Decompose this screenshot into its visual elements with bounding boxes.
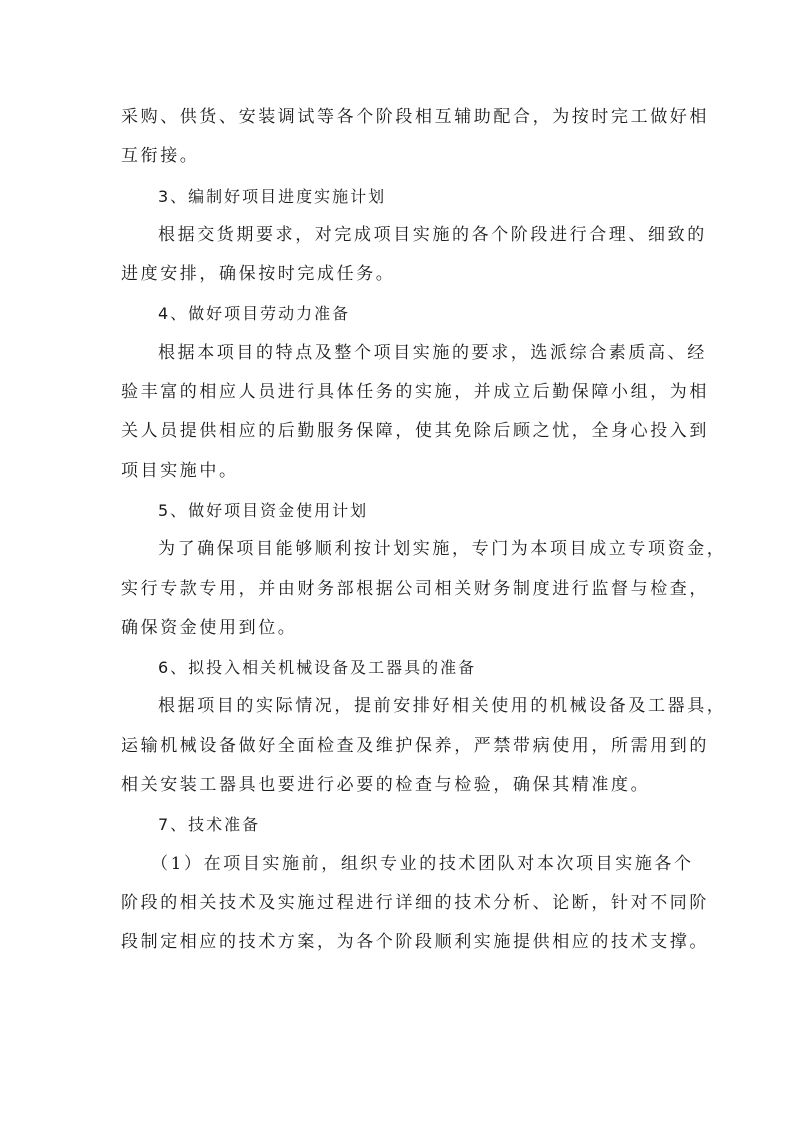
paragraph-line: 根据项目的实际情况，提前安排好相关使用的机械设备及工器具， [121, 687, 681, 726]
paragraph-line: 相关安装工器具也要进行必要的检查与检验，确保其精准度。 [121, 766, 681, 805]
paragraph-line: 根据交货期要求，对完成项目实施的各个阶段进行合理、细致的 [121, 216, 681, 255]
paragraph-line: 根据本项目的特点及整个项目实施的要求，选派综合素质高、经 [121, 334, 681, 373]
paragraph-line: 关人员提供相应的后勤服务保障，使其免除后顾之忧，全身心投入到 [121, 412, 681, 451]
paragraph-line: 项目实施中。 [121, 452, 681, 491]
section-heading-3: 3、编制好项目进度实施计划 [121, 177, 681, 216]
paragraph-line: （1）在项目实施前，组织专业的技术团队对本次项目实施各个 [121, 845, 681, 884]
text-line: 采购、供货、安装调试等各个阶段相互辅助配合，为按时完工做好相 [121, 98, 681, 137]
paragraph-line: 进度安排，确保按时完成任务。 [121, 255, 681, 294]
paragraph-line: 运输机械设备做好全面检查及维护保养，严禁带病使用，所需用到的 [121, 727, 681, 766]
paragraph-line: 确保资金使用到位。 [121, 609, 681, 648]
text-line: 互衔接。 [121, 137, 681, 176]
paragraph-line: 为了确保项目能够顺利按计划实施，专门为本项目成立专项资金， [121, 530, 681, 569]
paragraph-line: 阶段的相关技术及实施过程进行详细的技术分析、论断，针对不同阶 [121, 884, 681, 923]
paragraph-line: 段制定相应的技术方案，为各个阶段顺利实施提供相应的技术支撑。 [121, 923, 681, 962]
paragraph-line: 实行专款专用，并由财务部根据公司相关财务制度进行监督与检查， [121, 570, 681, 609]
document-page: 采购、供货、安装调试等各个阶段相互辅助配合，为按时完工做好相 互衔接。 3、编制… [121, 98, 681, 963]
section-heading-6: 6、拟投入相关机械设备及工器具的准备 [121, 648, 681, 687]
section-heading-7: 7、技术准备 [121, 805, 681, 844]
paragraph-line: 验丰富的相应人员进行具体任务的实施，并成立后勤保障小组，为相 [121, 373, 681, 412]
section-heading-5: 5、做好项目资金使用计划 [121, 491, 681, 530]
section-heading-4: 4、做好项目劳动力准备 [121, 294, 681, 333]
